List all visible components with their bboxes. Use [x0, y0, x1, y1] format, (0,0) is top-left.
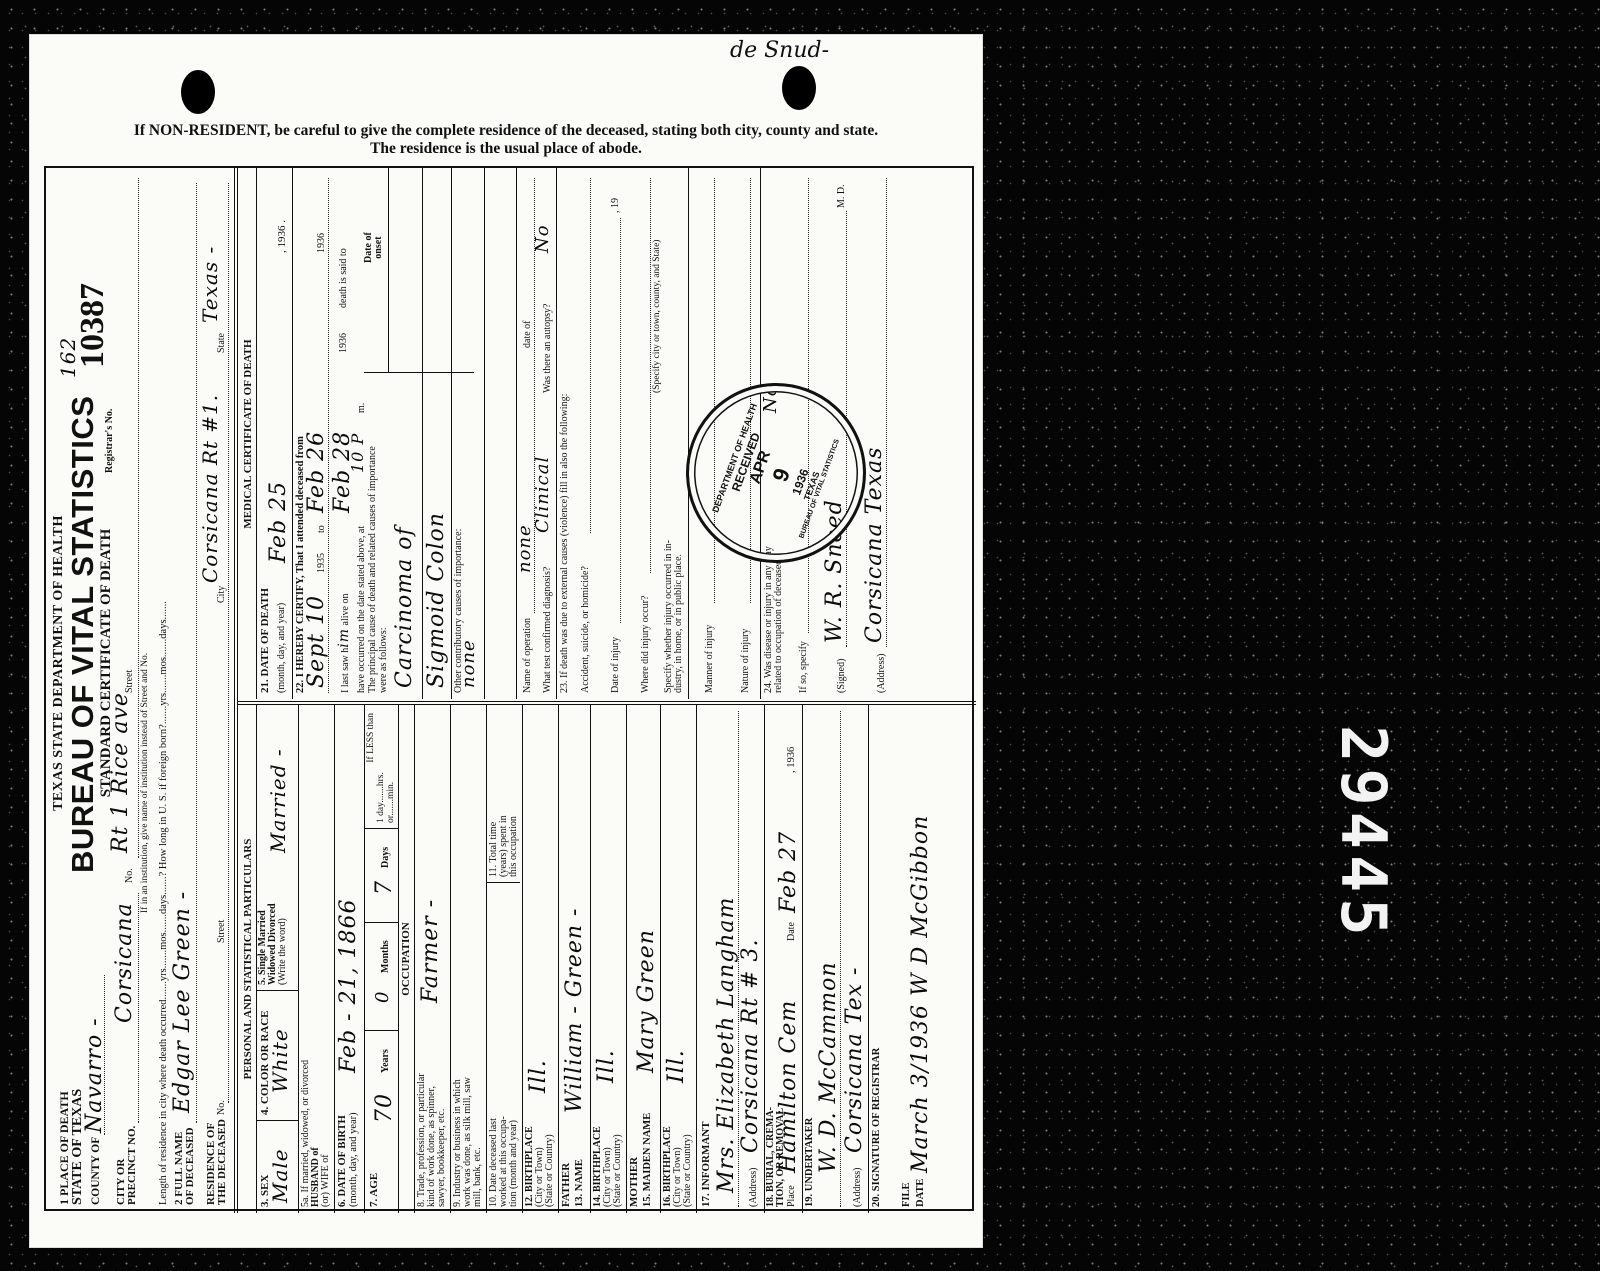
rule	[398, 705, 399, 1213]
rule	[364, 372, 474, 373]
age-years-value: 70	[372, 1093, 397, 1123]
attended-to-value: Feb 26	[304, 431, 329, 513]
attended-from-year: 1935	[316, 553, 327, 573]
injury-date-dotted-line	[620, 218, 621, 623]
death-said-label: death is said to	[338, 248, 349, 308]
if-so-specify-label: If so, specify	[798, 641, 809, 693]
no-label: No.	[124, 868, 135, 883]
punch-hole-right	[782, 66, 816, 110]
manner-injury-label: Manner of injury	[704, 625, 715, 693]
sex-value: Male	[268, 1148, 292, 1203]
burial-place-value: Hamilton Cem	[776, 1000, 801, 1173]
occurred-label: have occurred on the date stated above, …	[356, 526, 367, 693]
punch-hole-left	[181, 70, 215, 114]
date-of-death-label: 21. DATE OF DEATH	[259, 588, 271, 693]
rule	[334, 705, 335, 1213]
age-label: 7. AGE	[368, 1173, 380, 1207]
trade-label: 8. Trade, profession, or particular kind…	[417, 1073, 447, 1207]
rule	[516, 168, 517, 699]
autopsy-value: No	[532, 224, 553, 253]
informant-label: 17. INFORMANT	[700, 1121, 712, 1207]
attended-to-year: 1936	[316, 233, 327, 253]
non-resident-notice: If NON-RESIDENT, be careful to give the …	[30, 122, 982, 158]
rule	[298, 705, 299, 1213]
date-of-death-sublabel: (month, day, and year)	[276, 603, 287, 693]
months-label: Months	[380, 940, 391, 973]
father-birthplace-label: 14. BIRTHPLACE (City or Town) (State or …	[593, 1126, 623, 1207]
undertaker-label: 19. UNDERTAKER	[804, 1118, 815, 1207]
rule	[660, 705, 661, 1213]
rule	[486, 882, 520, 883]
residence-city-label: City	[216, 586, 227, 603]
rule	[388, 168, 389, 373]
residence-label: RESIDENCE OF THE DECEASED	[206, 1119, 228, 1205]
rotated-form-body: 1 PLACE OF DEATH STATE OF TEXAS TEXAS ST…	[46, 168, 976, 1213]
rule	[364, 1030, 398, 1031]
accident-label: Accident, suicide, or homicide?	[580, 566, 591, 693]
street-label: Street	[124, 670, 135, 693]
rule	[696, 705, 697, 1213]
mother-birthplace-value: Ill.	[664, 1049, 689, 1083]
rule	[626, 705, 627, 1213]
file-date-label: FILE DATE	[900, 1179, 928, 1207]
where-injury-dotted-line	[650, 178, 651, 573]
rule	[802, 705, 803, 1213]
undertaker-address-value: Corsicana Tex -	[842, 967, 867, 1153]
mother-maiden-label: 15. MAIDEN NAME	[642, 1113, 653, 1207]
medical-section-title: MEDICAL CERTIFICATE OF DEATH	[242, 169, 254, 699]
file-date-value: March 3/1936 W D McGibbon	[908, 815, 933, 1173]
birthplace-label: 12. BIRTHPLACE (City or Town) (State or …	[525, 1126, 555, 1207]
years-label: Years	[380, 1049, 391, 1073]
address-dotted-line	[886, 178, 887, 647]
last-worked-label: 10. Date deceased last worked at this oc…	[489, 1116, 519, 1207]
rule	[451, 168, 452, 699]
father-section-title: FATHER	[560, 1163, 572, 1207]
registrar-no-label: Registrar's No.	[104, 409, 115, 473]
marital-value: Married -	[266, 748, 290, 853]
injury-date-label: Date of injury	[610, 637, 621, 693]
mother-birthplace-label: 16. BIRTHPLACE (City or Town) (State or …	[663, 1126, 693, 1207]
rule	[364, 922, 398, 923]
rule	[364, 705, 365, 1213]
notice-line-2: The residence is the usual place of abod…	[30, 140, 982, 158]
occupation-section-title: OCCUPATION	[400, 705, 412, 1213]
occupation-related-label: 24. Was disease or injury in any way rel…	[764, 546, 784, 693]
burial-date-label: Date	[786, 922, 797, 941]
date-of-death-year: , 1936 .	[276, 220, 288, 253]
certificate-title: TEXAS STATE DEPARTMENT OF HEALTH BUREAU …	[52, 453, 115, 873]
side-file-number: 29445	[1327, 725, 1400, 942]
residence-no-label: No.	[216, 1100, 227, 1115]
city-precinct-label: CITY OR PRECINCT NO.	[116, 1126, 138, 1205]
physician-address-label: (Address)	[876, 654, 887, 693]
mother-maiden-value: Mary Green	[634, 929, 659, 1073]
color-value: White	[268, 1028, 292, 1093]
rule	[558, 705, 559, 1213]
rule	[688, 168, 689, 699]
personal-section-title: PERSONAL AND STATISTICAL PARTICULARS	[242, 705, 254, 1213]
received-stamp: DEPARTMENT OF HEALTH RECEIVED APR 9 1936…	[661, 358, 892, 589]
registrar-handwritten: 162	[56, 337, 80, 378]
test-value: Clinical	[532, 456, 553, 533]
rule	[556, 168, 557, 699]
date-of-death-value: Feb 25	[266, 481, 291, 563]
rule	[364, 828, 398, 829]
father-name-label: 13. NAME	[574, 1159, 585, 1207]
full-name-label: 2 FULL NAME OF DECEASED	[174, 1127, 196, 1205]
autopsy-label: Was there an autopsy?	[542, 304, 553, 393]
spouse-label: 5a. If married, widowed, or divorced HUS…	[301, 1060, 331, 1207]
md-label: M. D.	[836, 184, 847, 208]
operation-date-label: date of	[522, 321, 533, 349]
last-saw-label: I last saw him alive on	[336, 594, 352, 693]
dob-value: Feb - 21, 1866	[336, 898, 361, 1073]
residence-state-label: State	[216, 333, 227, 353]
industry-label: 9. Industry or business in which work wa…	[453, 1077, 483, 1207]
residence-length: Length of residence in city where death …	[158, 601, 169, 1205]
column-divider	[238, 701, 976, 705]
signed-label: (Signed)	[836, 659, 847, 693]
days-label: Days	[380, 847, 391, 868]
city-dotted-line	[138, 893, 139, 1123]
county-label: COUNTY OF	[90, 1137, 102, 1205]
informant-address-label: (Address)	[748, 1168, 759, 1207]
street-value: Rt 1 Rice ave	[108, 692, 133, 853]
registrar-signature-label: 20. SIGNATURE OF REGISTRAR	[871, 1048, 882, 1207]
undertaker-dotted-line	[840, 711, 841, 1207]
marital-label: 5. Single Married Widowed Divorced (Writ…	[258, 903, 288, 985]
rule	[256, 168, 257, 699]
rule	[256, 990, 298, 991]
burial-place-label: Place	[786, 1185, 797, 1207]
accident-dotted-line	[590, 178, 591, 533]
rule	[256, 1120, 298, 1121]
rule	[414, 705, 415, 1213]
undertaker-address-label: (Address)	[852, 1168, 863, 1207]
notice-line-1: If NON-RESIDENT, be careful to give the …	[30, 122, 982, 140]
principal-label-2: were as follows:	[378, 627, 389, 693]
header-divider	[234, 168, 238, 1213]
residence-city-value: Corsicana Rt #1.	[198, 394, 222, 583]
attended-from-value: Sept 10	[304, 595, 329, 688]
age-months-value: 0	[372, 991, 393, 1003]
undertaker-value: W. D. McCammon	[816, 961, 841, 1173]
other-causes-value: none	[458, 639, 479, 688]
residence-state-value: Texas -	[198, 246, 222, 323]
rule	[292, 168, 293, 699]
street-dotted-line	[138, 178, 139, 858]
less-than-day-label: If LESS than 1 day.......hrs. or.......m…	[366, 713, 396, 823]
certificate-form: 1 PLACE OF DEATH STATE OF TEXAS TEXAS ST…	[44, 166, 974, 1211]
informant-address-value: Corsicana Rt # 3.	[738, 939, 763, 1153]
father-name-value: William - Green -	[562, 908, 587, 1114]
rule	[868, 705, 869, 1213]
rule	[590, 705, 591, 1213]
residence-dotted-line	[228, 183, 229, 1103]
attended-dotted-line	[328, 178, 329, 693]
burial-date-value: Feb 27	[776, 831, 801, 913]
rule	[522, 705, 523, 1213]
dob-label: 6. DATE OF BIRTH (month, day, and year)	[337, 1112, 359, 1207]
nature-injury-label: Nature of injury	[740, 629, 751, 693]
where-injury-label: Where did injury occur?	[640, 596, 651, 693]
specify-injury-label: Specify whether injury occurred in in- d…	[664, 540, 684, 693]
rule	[486, 705, 487, 1213]
attended-to-label: to	[316, 525, 327, 533]
top-handwritten-note: de Snud-	[730, 38, 829, 63]
burial-year-value: , 1936	[786, 747, 797, 773]
birthplace-value: Ill.	[526, 1059, 551, 1093]
trade-value: Farmer -	[418, 899, 443, 1003]
rule	[484, 168, 485, 699]
place-of-death-label: 1 PLACE OF DEATH STATE OF TEXAS	[58, 1089, 84, 1205]
last-saw-year: 1936	[338, 333, 349, 353]
informant-value: Mrs. Elizabeth Langham	[714, 897, 739, 1193]
test-label: What test confirmed diagnosis?	[542, 567, 553, 693]
injury-year-label: , 19	[610, 198, 621, 213]
age-days-value: 7	[372, 880, 397, 895]
rule	[422, 168, 423, 699]
father-birthplace-value: Ill.	[594, 1049, 619, 1083]
time-of-death-value: 10 P	[348, 433, 367, 473]
where-injury-hint: (Specify city or town, county, and State…	[652, 240, 662, 393]
principal-label-1: The principal cause of death and related…	[367, 446, 378, 693]
cause-line-1: Carcinoma of	[392, 526, 417, 688]
county-dotted-line	[104, 975, 105, 1135]
mother-section-title: MOTHER	[628, 1157, 640, 1207]
full-name-value: Edgar Lee Green -	[170, 891, 195, 1113]
cause-line-2: Sigmoid Colon	[424, 512, 449, 688]
m-label: m.	[356, 403, 367, 413]
operation-label: Name of operation	[522, 618, 533, 693]
city-value: Corsicana	[112, 902, 137, 1023]
institution-note: If in an institution, give name of insti…	[140, 653, 150, 913]
onset-label: Date of onset	[364, 232, 384, 263]
total-time-label: 11. Total time (years) spent in this occ…	[489, 815, 519, 877]
full-name-dotted-line	[196, 183, 197, 1123]
rule	[450, 705, 451, 1213]
external-causes-label: 23. If death was due to external causes …	[559, 394, 570, 693]
residence-street-label: Street	[216, 920, 227, 943]
